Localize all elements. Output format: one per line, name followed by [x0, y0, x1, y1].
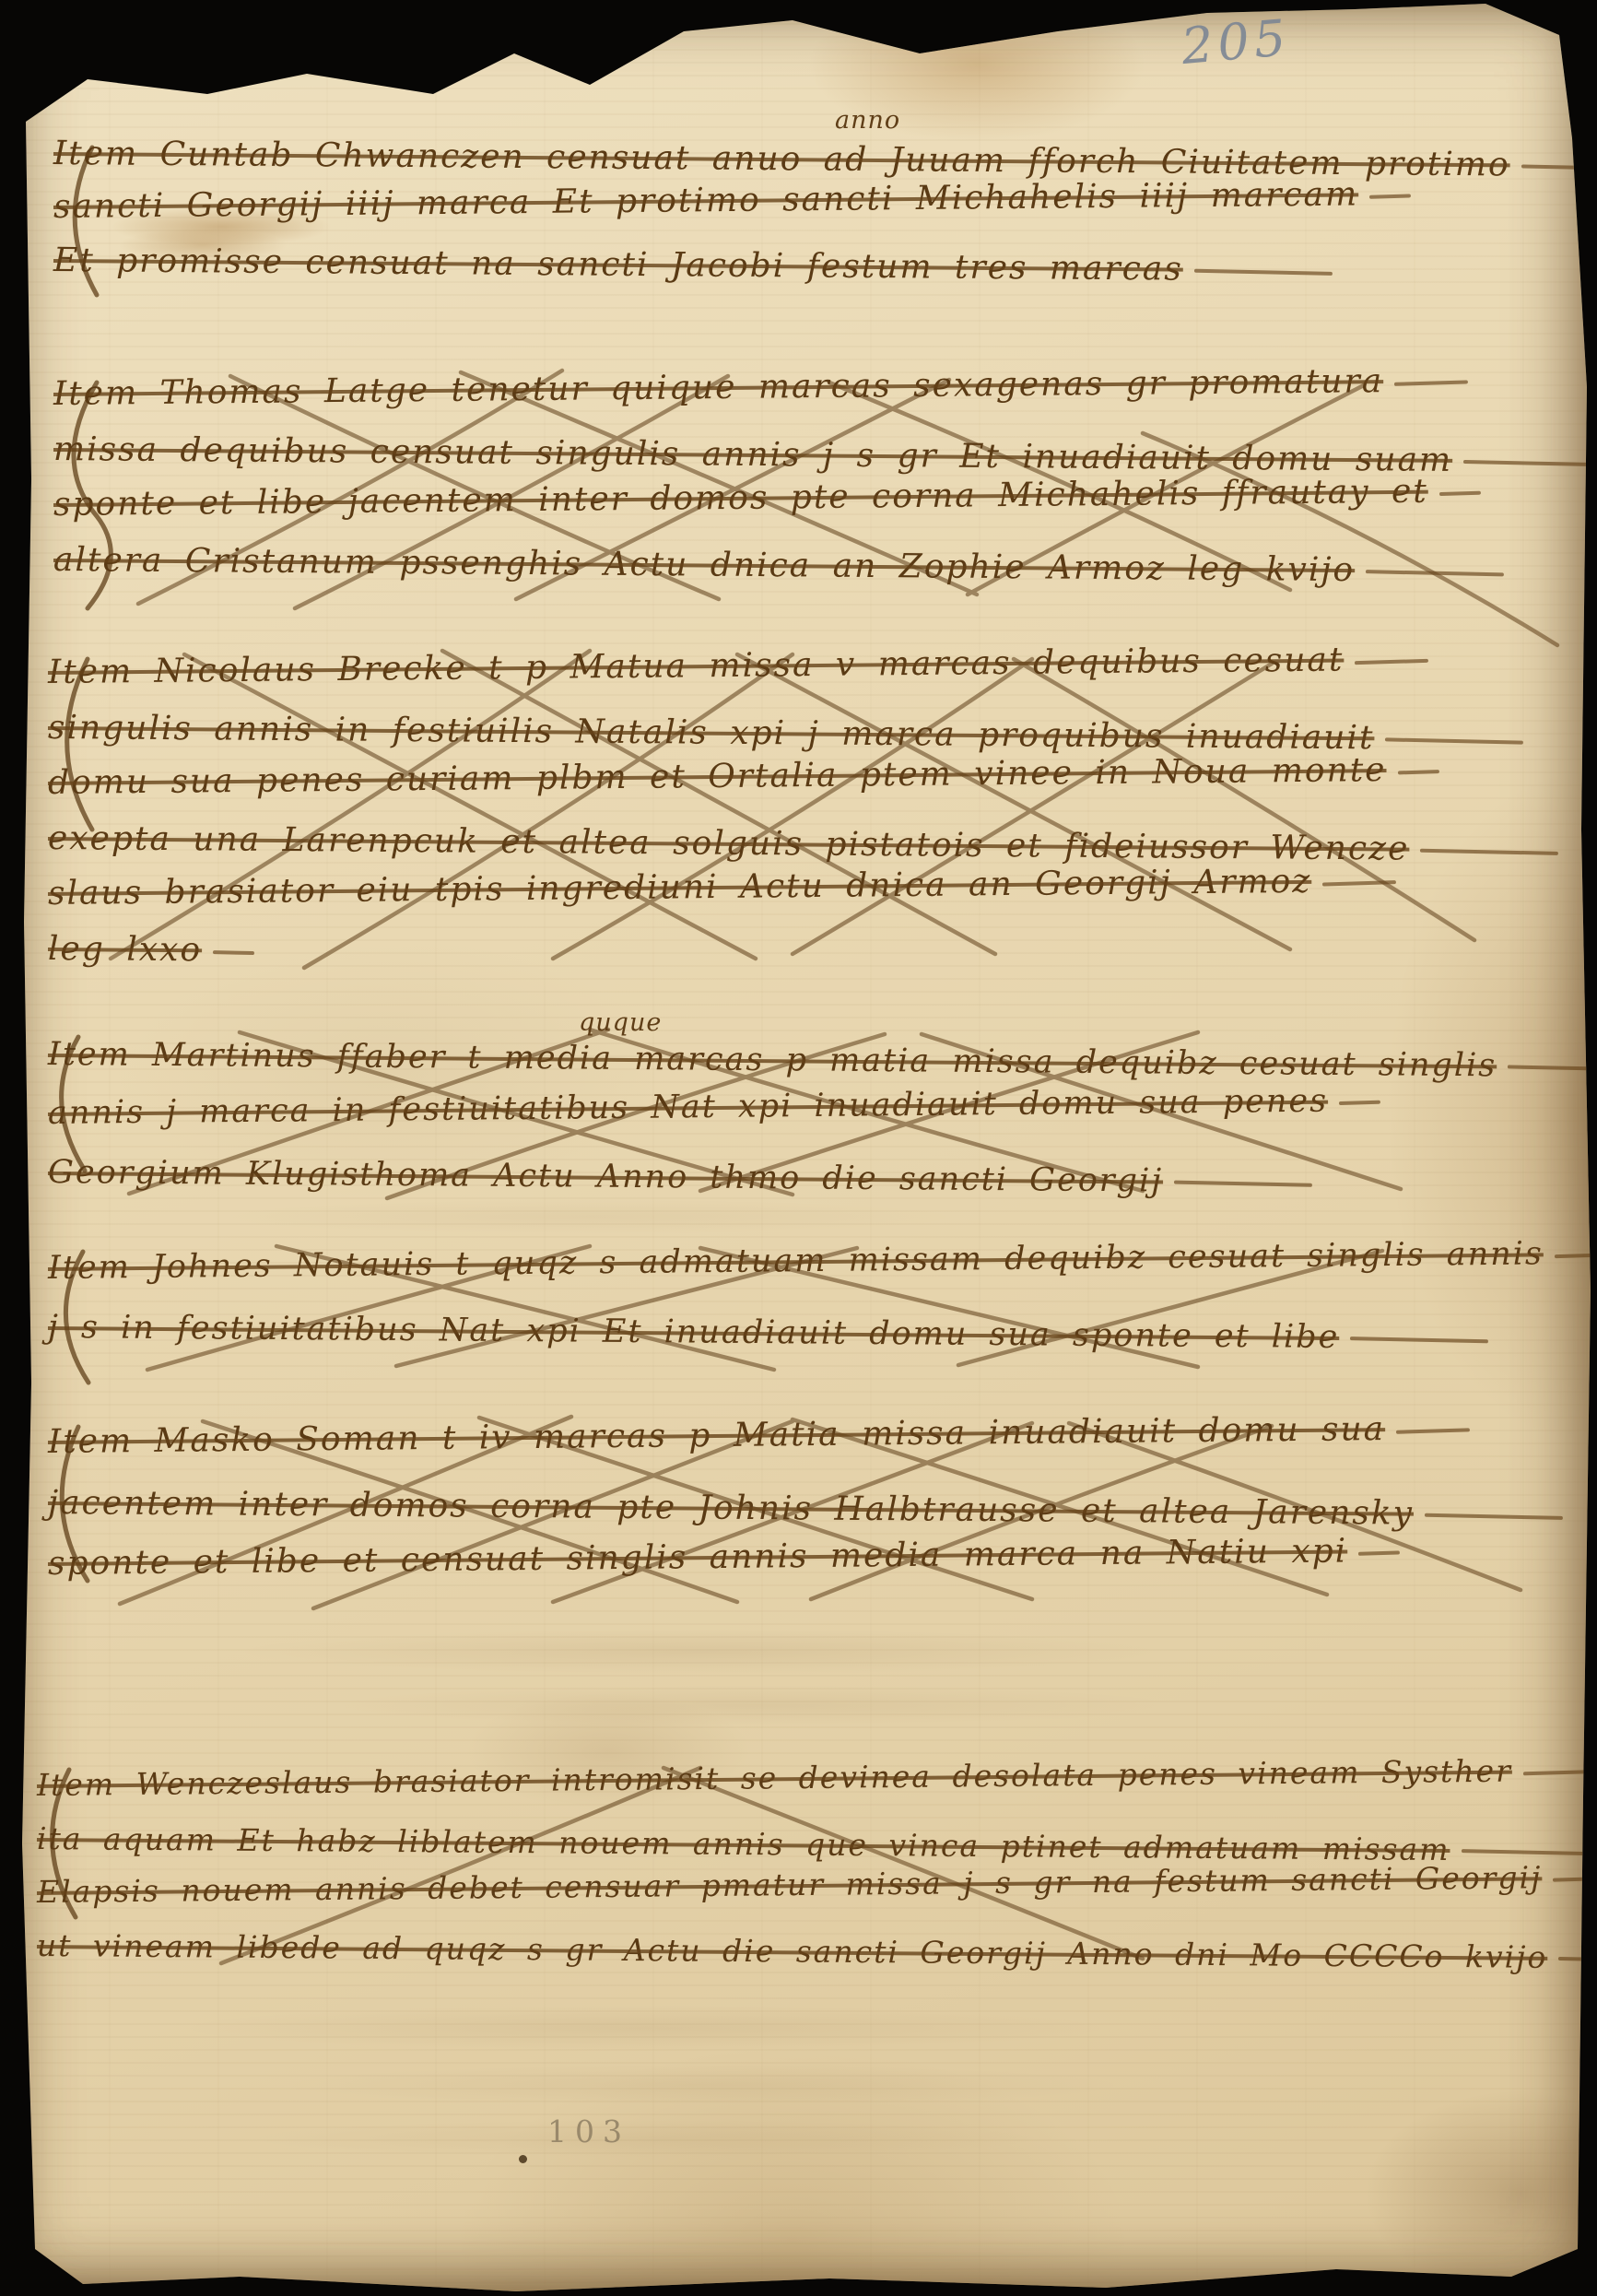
manuscript-line: Georgium Klugisthoma Actu Anno thmo die … [48, 1143, 1597, 1215]
manuscript-photo: 205 anno Item Cuntab Chwanczen censuat a… [0, 0, 1597, 2296]
page-number-ink: 103 [547, 2113, 630, 2149]
manuscript-entry-6: Item Masko Soman t iv marcas p Matia mis… [48, 1412, 1563, 1595]
manuscript-line: Item Johnes Notauis t quqz s admatuam mi… [48, 1224, 1597, 1298]
manuscript-entry-3: Item Nicolaus Brecke t p Matua missa v m… [48, 645, 1558, 977]
manuscript-line: Et promisse censuat na sancti Jacobi fes… [53, 234, 1597, 300]
ink-spot [519, 2155, 527, 2163]
manuscript-entry-1: anno Item Cuntab Chwanczen censuat anuo … [53, 127, 1597, 288]
parchment-page: 205 anno Item Cuntab Chwanczen censuat a… [0, 0, 1597, 2296]
folio-number-pencil: 205 [1179, 8, 1292, 76]
manuscript-line: Item Masko Soman t iv marcas p Matia mis… [48, 1397, 1564, 1473]
manuscript-line: ut vineam libede ad quqz s gr Actu die s… [37, 1919, 1597, 1985]
manuscript-line: leg lxxo [48, 922, 1559, 989]
manuscript-line: Item Nicolaus Brecke t p Matua missa v m… [48, 630, 1559, 701]
manuscript-entry-4: quque Item Martinus ffaber t media marca… [48, 1025, 1597, 1202]
manuscript-line: altera Cristanum pssenghis Actu dnica an… [53, 533, 1597, 600]
manuscript-line: Item Wenczeslaus brasiator intromisit se… [37, 1743, 1597, 1812]
manuscript-line: j s in festiuitatibus Nat xpi Et inuadia… [48, 1298, 1597, 1369]
manuscript-entry-7: Item Wenczeslaus brasiator intromisit se… [37, 1759, 1597, 1972]
manuscript-entry-5: Item Johnes Notauis t quqz s admatuam mi… [48, 1239, 1597, 1357]
manuscript-line: Item Thomas Latge tenetur quique marcas … [53, 352, 1597, 422]
manuscript-entry-2: Item Thomas Latge tenetur quique marcas … [53, 367, 1597, 588]
